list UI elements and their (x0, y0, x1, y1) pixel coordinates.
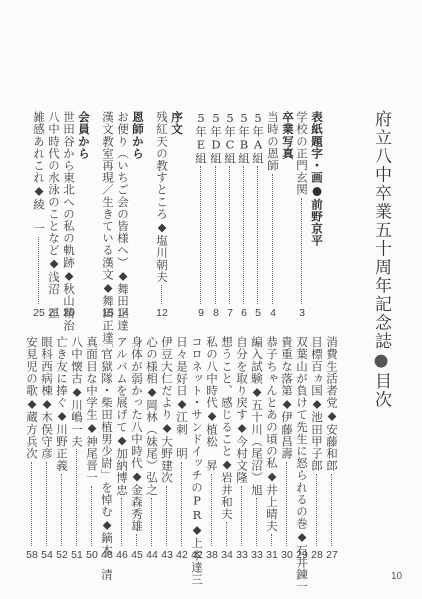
toc-entry: 亡き友に捧ぐ◆川野正義 (55, 336, 68, 472)
toc-section-heading: 会員から (77, 111, 90, 159)
toc-entry: 「官獄隊・柴田植男少尉」を悼む◆鏑木 清 (100, 336, 113, 581)
toc-page-number: 15 (99, 307, 117, 319)
toc-entry: 真面目な中学生◆神尾晋一 (85, 336, 98, 484)
toc-entry: 日々是好日◆江刺 明 (175, 336, 188, 460)
dot-leader (76, 449, 77, 546)
dot-leader (31, 462, 32, 547)
toc-entry: 伊豆大仁だより◆大野建次 (160, 336, 173, 484)
dot-leader (243, 166, 244, 304)
dot-leader (200, 166, 201, 304)
toc-entry: 5年A組 (251, 111, 264, 164)
title-bullet-icon: ● (371, 351, 391, 373)
dot-leader (316, 474, 317, 546)
toc-entry: 5年D組 (209, 111, 222, 164)
toc-entry: 自分を取り戻す◆今村文隆 (235, 336, 248, 484)
toc-entry: 想うこと、感じること◆岩井和夫 (220, 336, 233, 520)
toc-entry: 身体が弱かった八中時代◆金森秀雄 (130, 336, 143, 532)
toc-entry: 恭子ちゃんとあの頃の私◆井上晴夫 (265, 336, 278, 532)
toc-entry: 八中時代の水泳のことなど◆浅沼 正 (47, 111, 60, 319)
toc-entry: 編入試験◆五十川（尾沼）旭 (250, 336, 263, 496)
toc-page-number: 58 (23, 549, 41, 561)
dot-leader (272, 174, 273, 305)
toc-page-number: 12 (153, 307, 171, 319)
dot-leader (215, 166, 216, 304)
dot-leader (121, 498, 122, 546)
toc-entry: 雑感あれこれ◆綾 一 (32, 111, 45, 235)
toc-section-heading: 表紙題字・画●前野京平 (310, 111, 323, 247)
dot-leader (257, 166, 258, 304)
dot-leader (271, 534, 272, 546)
toc-entry: 安見児の歌◆蔵方兵次 (25, 336, 38, 460)
folio-page-number: 10 (391, 571, 402, 582)
toc-entry: 残紅天の教すところ◆塩川朝夫 (155, 111, 168, 283)
toc-entry: 八中懐古◆川嶋一夫 (70, 336, 83, 447)
toc-page-number: 25 (30, 307, 48, 319)
toc-entry: 当時の恩師 (266, 111, 279, 172)
dot-leader (301, 198, 302, 304)
dot-leader (151, 498, 152, 546)
toc-entry: 5年B組 (237, 111, 250, 164)
toc-page: 府立八中卒業五十周年記念誌●目次 表紙題字・画●前野京平学校の正門玄関3卒業写真… (0, 0, 422, 599)
dot-leader (181, 462, 182, 547)
dot-leader (286, 462, 287, 547)
title-main: 府立八中卒業五十周年記念誌 (371, 110, 391, 351)
toc-entry: 目標百ヵ国◆池田甲子郎 (310, 336, 323, 472)
dot-leader (166, 486, 167, 546)
toc-entry: 世田谷から東北への私の軌跡◆秋山精治 (62, 111, 75, 331)
dot-leader (331, 474, 332, 546)
dot-leader (229, 166, 230, 304)
toc-section-heading: 序文 (170, 111, 183, 135)
toc-section-heading: 卒業写真 (281, 111, 294, 159)
toc-page-number: 9 (192, 307, 210, 319)
title-suffix: 目次 (371, 372, 391, 409)
toc-entry: 貴重な落第◆伊藤昌壽 (280, 336, 293, 460)
dot-leader (211, 474, 212, 546)
toc-entry: 消費生活者党◆安藤和郎 (325, 336, 338, 472)
dot-leader (61, 474, 62, 546)
dot-leader (38, 237, 39, 305)
dot-leader (241, 486, 242, 546)
toc-entry: 私の八中時代◆植松 昇 (205, 336, 218, 472)
dot-leader (136, 534, 137, 546)
dot-leader (161, 285, 162, 304)
dot-leader (226, 522, 227, 546)
toc-entry: 心の様相◆岡林（妹尾）弘之 (145, 336, 158, 496)
toc-section-heading: 恩師から (131, 111, 144, 159)
toc-entry: 5年E組 (194, 111, 207, 164)
dot-leader (46, 462, 47, 547)
toc-entry: 学校の正門玄関 (295, 111, 308, 196)
page-title: 府立八中卒業五十周年記念誌●目次 (369, 110, 394, 409)
toc-entry: お便り（いちご会の皆様へ）◆舞田正達 (116, 111, 129, 331)
toc-entry: アルバムを展げて◆加納博忠 (115, 336, 128, 496)
toc-entry: 眼科西病棟◆木俣守彦 (40, 336, 53, 460)
dot-leader (256, 498, 257, 546)
toc-entry: 5年C組 (223, 111, 236, 164)
dot-leader (91, 486, 92, 546)
toc-page-number: 3 (293, 307, 311, 319)
